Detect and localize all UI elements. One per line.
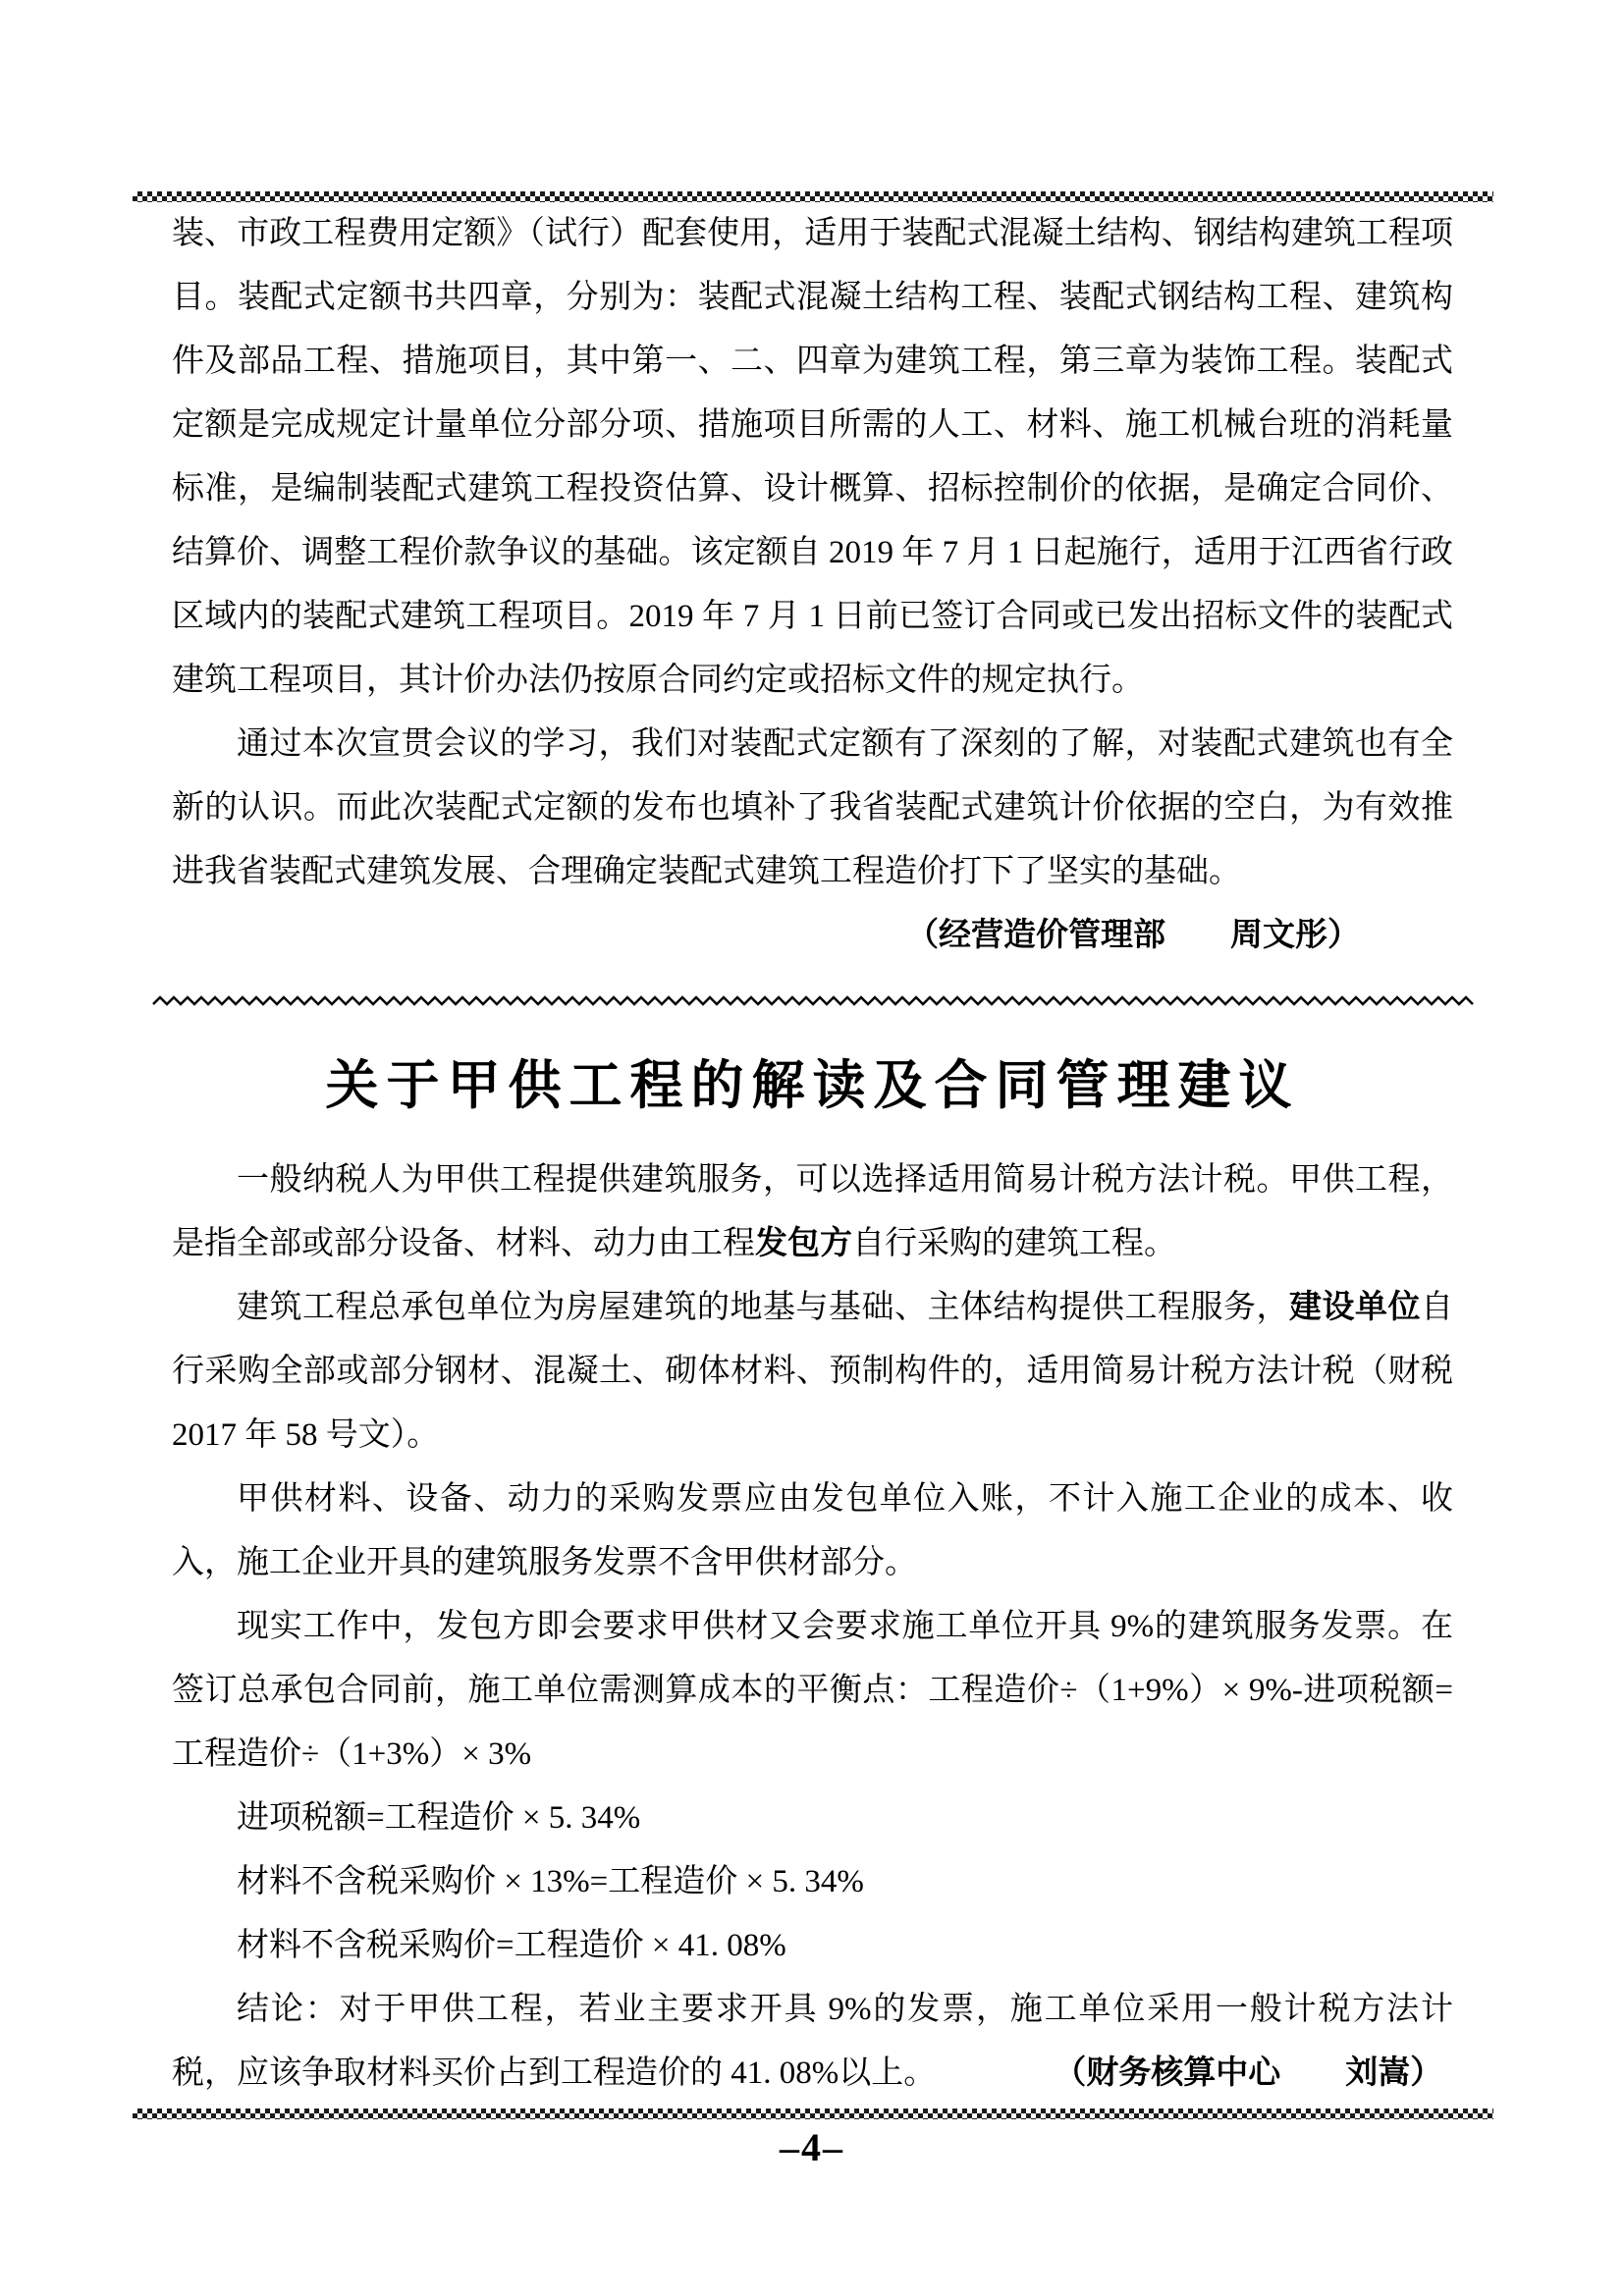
article2-paragraph-4: 现实工作中，发包方即会要求甲供材又会要求施工单位开具 9%的建筑服务发票。在签订… <box>172 1595 1453 1787</box>
page-number: –4– <box>0 2125 1624 2170</box>
article2-conclusion: 结论：对于甲供工程，若业主要求开具 9%的发票，施工单位采用一般计税方法计税，应… <box>172 1978 1453 2106</box>
article2-paragraph-2-bold-term: 建设单位 <box>1289 1290 1421 1325</box>
article2-paragraph-1-text-after: 自行采购的建筑工程。 <box>852 1226 1176 1261</box>
article1-paragraph-continuation: 装、市政工程费用定额》（试行）配套使用，适用于装配式混凝土结构、钢结构建筑工程项… <box>172 202 1453 713</box>
article2-signature: （财务核算中心 刘嵩） <box>1054 2056 1442 2091</box>
article2-paragraph-1-bold-term: 发包方 <box>755 1226 852 1261</box>
article2-title: 关于甲供工程的解读及合同管理建议 <box>172 1050 1453 1121</box>
article2-paragraph-2-text: 建筑工程总承包单位为房屋建筑的地基与基础、主体结构提供工程服务， <box>237 1290 1289 1325</box>
formula-line-3: 材料不含税采购价=工程造价 × 41. 08% <box>172 1914 1453 1978</box>
document-page: 装、市政工程费用定额》（试行）配套使用，适用于装配式混凝土结构、钢结构建筑工程项… <box>0 0 1624 2296</box>
formula-line-1: 进项税额=工程造价 × 5. 34% <box>172 1787 1453 1850</box>
article2-paragraph-2: 建筑工程总承包单位为房屋建筑的地基与基础、主体结构提供工程服务，建设单位自行采购… <box>172 1276 1453 1468</box>
article1-signature: （经营造价管理部 周文彤） <box>172 904 1453 968</box>
bottom-border-band <box>133 2109 1493 2119</box>
wavy-path <box>153 997 1473 1004</box>
article2-paragraph-3: 甲供材料、设备、动力的采购发票应由发包单位入账，不计入施工企业的成本、收入，施工… <box>172 1468 1453 1595</box>
formula-line-2: 材料不含税采购价 × 13%=工程造价 × 5. 34% <box>172 1850 1453 1914</box>
page-content: 装、市政工程费用定额》（试行）配套使用，适用于装配式混凝土结构、钢结构建筑工程项… <box>172 202 1453 2106</box>
article2-paragraph-1: 一般纳税人为甲供工程提供建筑服务，可以选择适用简易计税方法计税。甲供工程，是指全… <box>172 1148 1453 1276</box>
top-border-band <box>133 191 1493 202</box>
article1-paragraph-2: 通过本次宣贯会议的学习，我们对装配式定额有了深刻的了解，对装配式建筑也有全新的认… <box>172 713 1453 904</box>
section-divider-wavy-line <box>152 995 1478 1007</box>
